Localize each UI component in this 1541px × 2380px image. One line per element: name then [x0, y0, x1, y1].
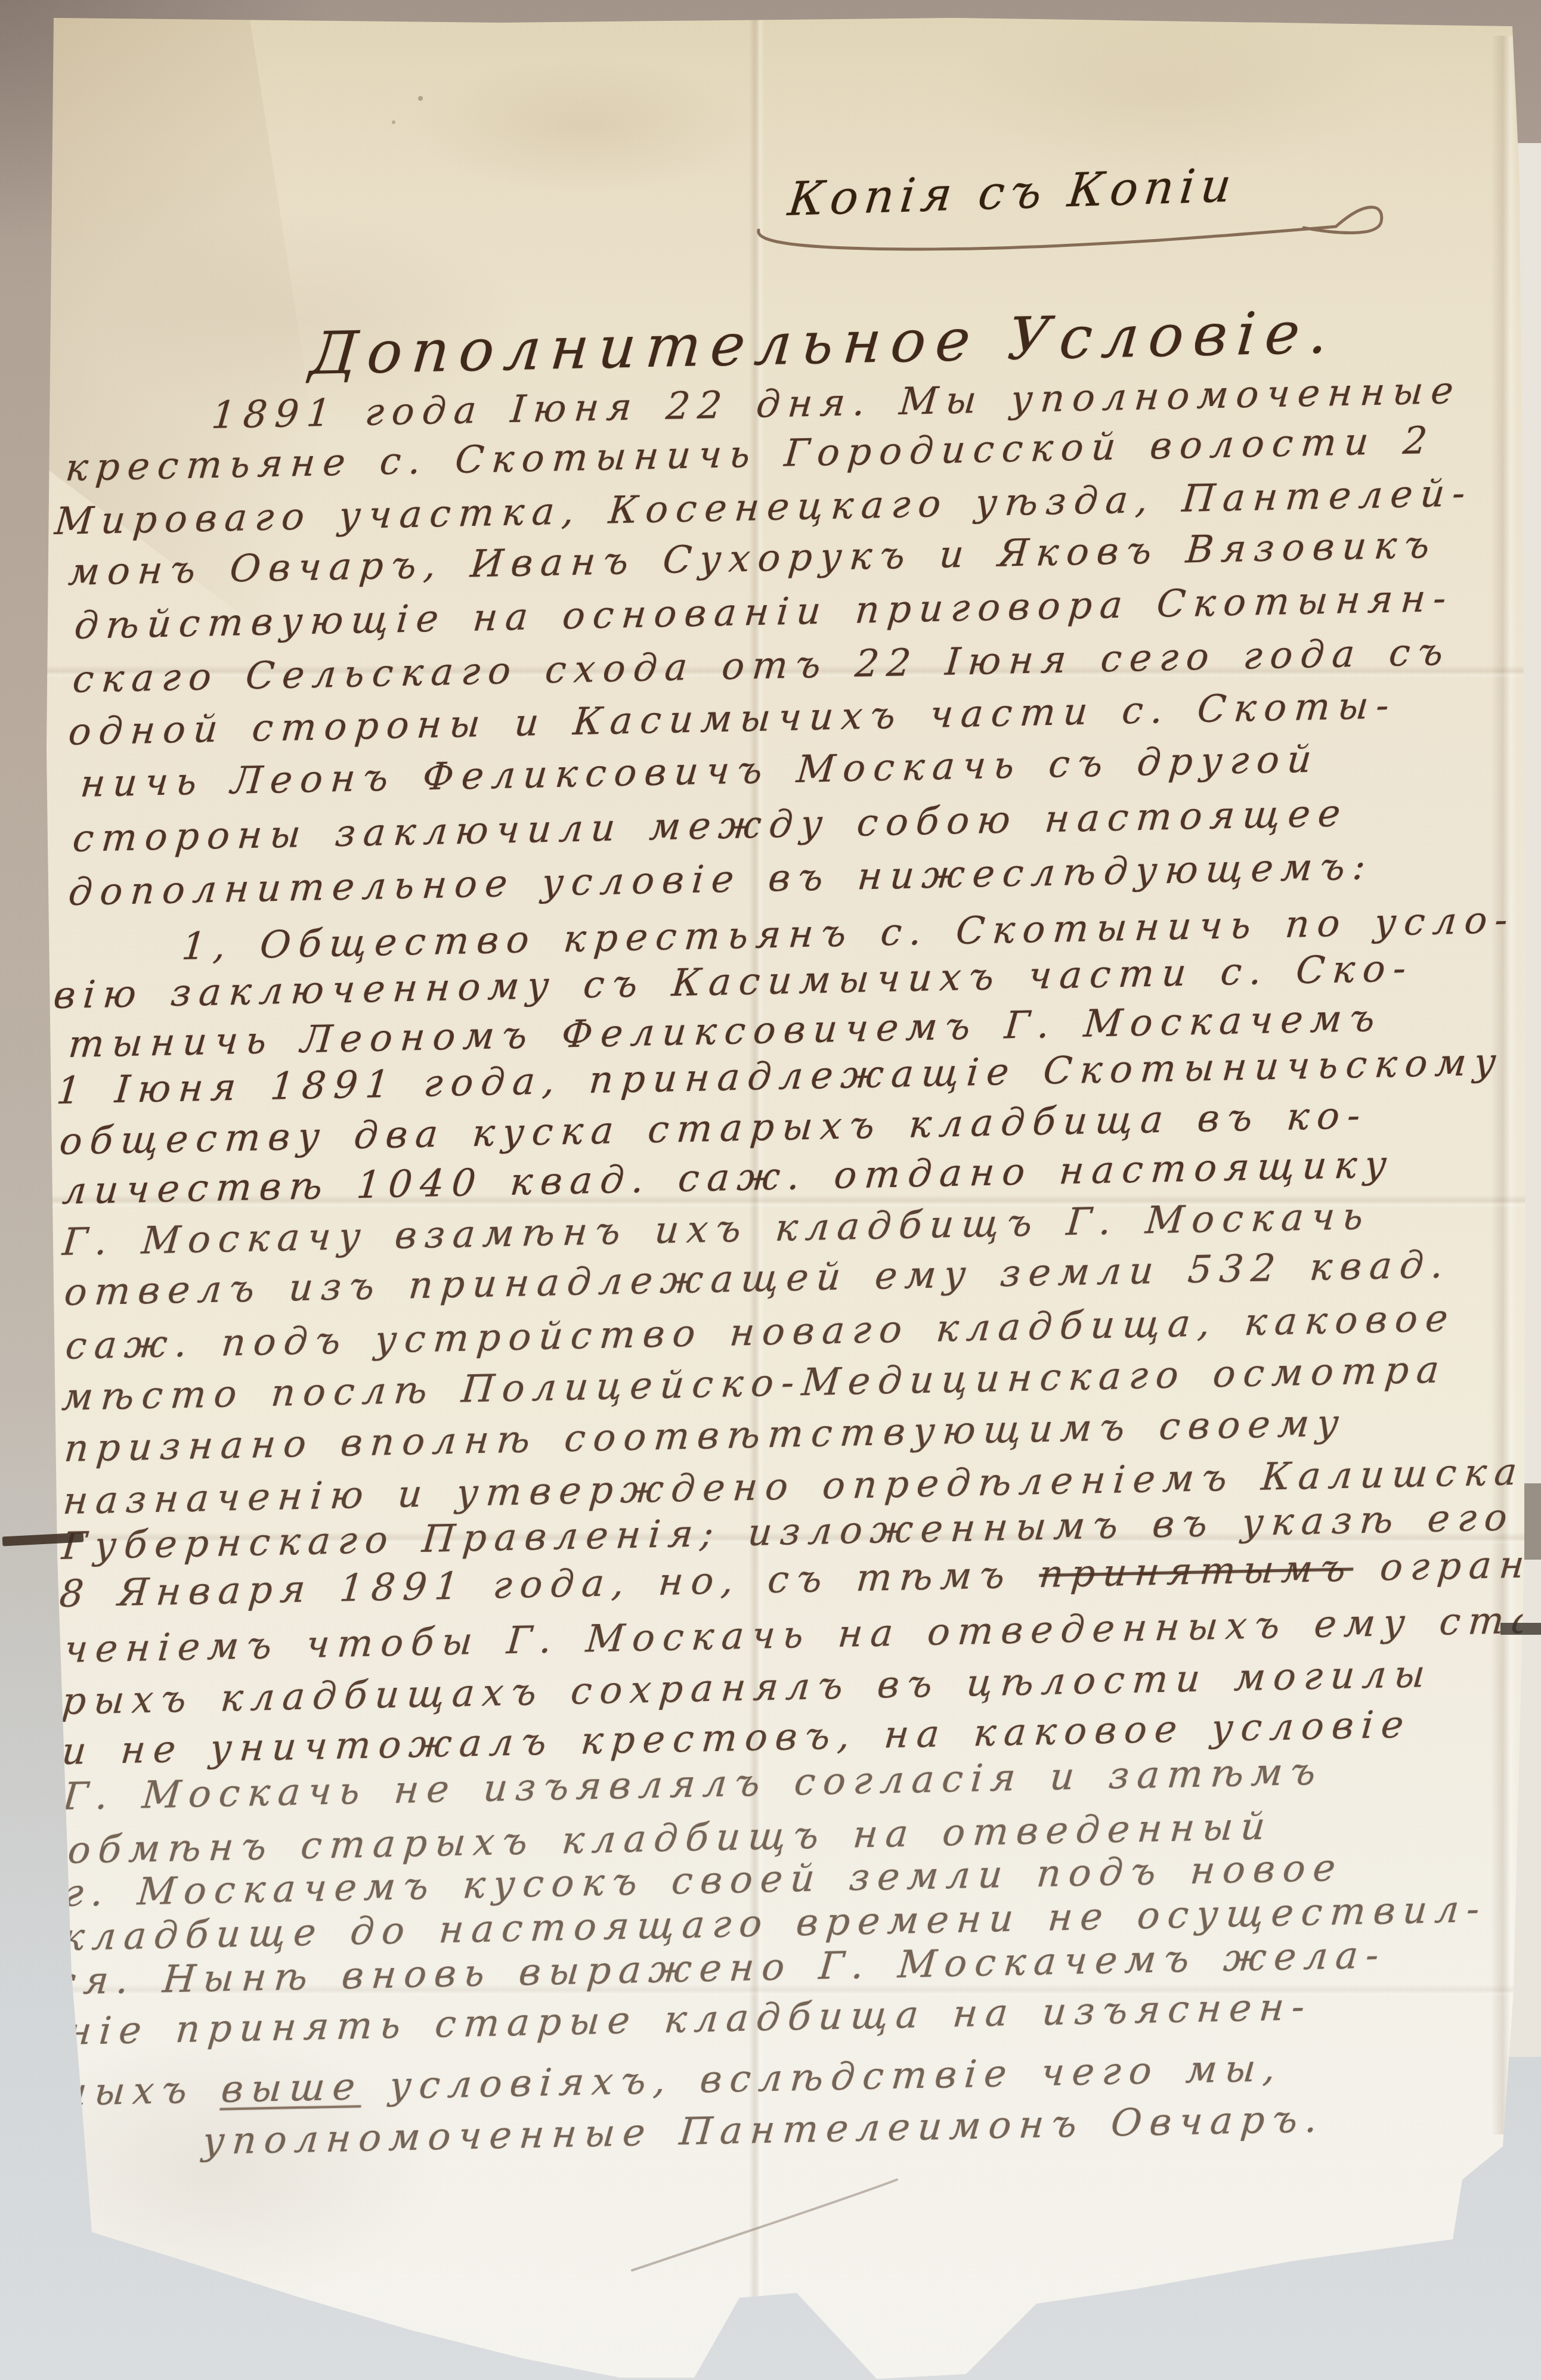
- ink-dot: [392, 120, 395, 124]
- photo-of-manuscript: Копія съ Копіи Дополнительное Условіе. 1…: [0, 0, 1541, 2380]
- pen-stroke-flourish: [632, 2180, 897, 2270]
- right-edge-dark-notch: [1524, 1483, 1541, 1560]
- right-edge-dark-notch: [1500, 1623, 1541, 1635]
- copy-annotation-underline-flourish: [759, 207, 1382, 249]
- paper-sheet: Копія съ Копіи Дополнительное Условіе. 1…: [0, 0, 1541, 2380]
- ink-dot: [418, 96, 423, 101]
- ink-flourishes: [0, 0, 1541, 2380]
